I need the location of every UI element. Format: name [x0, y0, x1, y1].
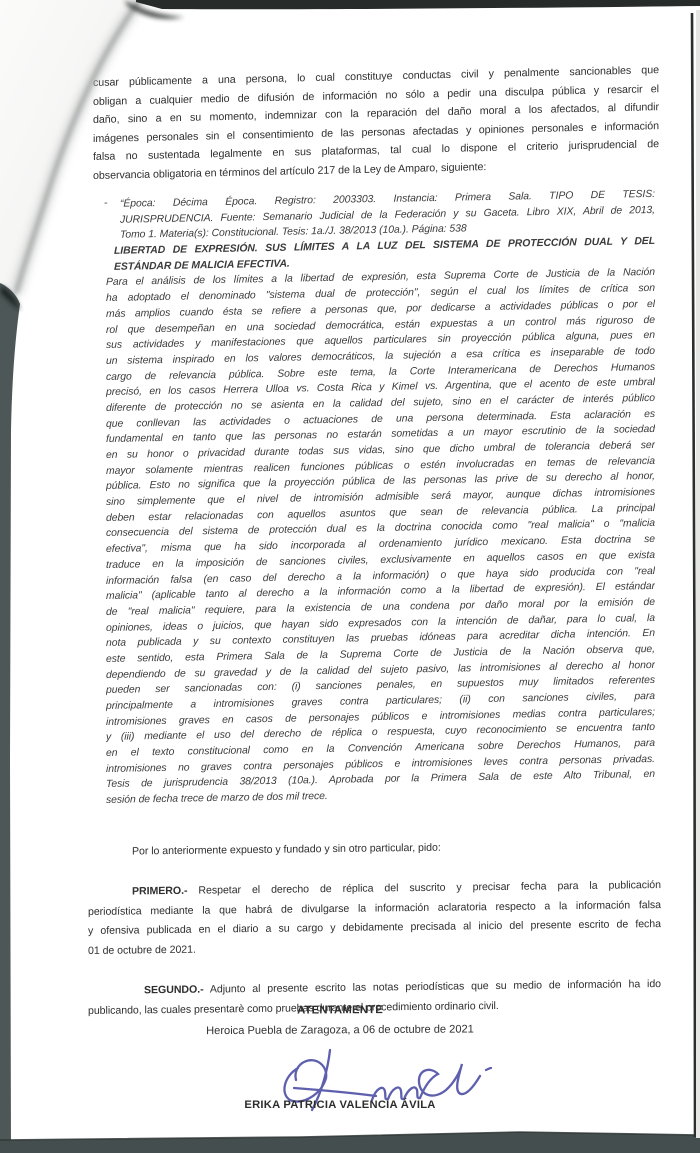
bottom-strip-edge	[0, 1132, 700, 1140]
signer-name: ERIKA PATRICIA VALENCIA ÁVILA	[60, 1099, 620, 1111]
corner-fold-shadow	[124, 0, 184, 19]
intro-paragraph-lines: cusar públicamente a una persona, lo cua…	[93, 61, 659, 167]
bottom-scan-strip	[0, 1132, 700, 1153]
scanned-legal-document-page: cusar públicamente a una persona, lo cua…	[0, 0, 700, 1153]
segundo-first-line-rest: Adjunto al presente escrito las notas pe…	[204, 978, 661, 996]
jurisprudence-body: Para el análisis de los límites a la lib…	[106, 265, 655, 808]
segundo-label: SEGUNDO.-	[144, 984, 204, 997]
primero-first-line-rest: Respetar el derecho de réplica del suscr…	[187, 879, 661, 897]
pido-line: Por lo anteriormente expuesto y fundado …	[88, 836, 661, 863]
right-scan-edge	[692, 13, 695, 1137]
primero-paragraph: PRIMERO.- Respetar el derecho de réplica…	[88, 876, 661, 962]
signature-stroke-bar	[294, 1088, 376, 1096]
jurisprudence-quote: “Época: Décima Época. Registro: 2003303.…	[106, 187, 655, 809]
signature-stroke-dot	[486, 1068, 491, 1070]
intro-paragraph: cusar públicamente a una persona, lo cua…	[93, 61, 659, 185]
primero-label: PRIMERO.-	[132, 885, 187, 898]
left-scan-strip	[0, 283, 20, 1153]
right-edge-glow	[696, 10, 700, 1138]
jurisprudence-body-lines: Para el análisis de los límites a la lib…	[106, 265, 655, 793]
left-strip-top-shadow	[0, 286, 20, 310]
primero-lines: periodística mediante la que habrá de di…	[88, 896, 661, 943]
signature-header: ATENTAMENTE Heroica Puebla de Zaragoza, …	[60, 1003, 620, 1038]
signature-stroke-cursive	[372, 1064, 480, 1100]
closing-petition: Por lo anteriormente expuesto y fundado …	[88, 836, 661, 1022]
atentamente-label: ATENTAMENTE	[60, 1003, 620, 1018]
top-scan-edge	[136, 0, 700, 9]
place-date-line: Heroica Puebla de Zaragoza, a 06 de octu…	[60, 1023, 620, 1038]
